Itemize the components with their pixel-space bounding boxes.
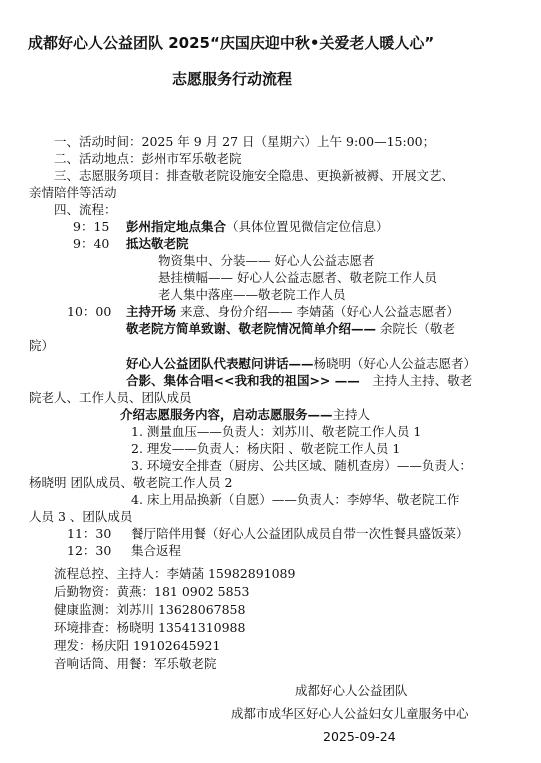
schedule-item-bold: 抵达敬老院 [126, 236, 189, 252]
later-time: 12：30 [67, 543, 111, 559]
task-item: 物资集中、分装—— 好心人公益志愿者 [158, 253, 374, 269]
speech-text: 杨晓明（好心人公益志愿者） [314, 356, 477, 371]
speech-bold: 好心人公益团队代表慰问讲话—— [126, 356, 314, 371]
thanks-text: 余院长（敬老 [376, 321, 455, 336]
intro-bold: 介绍志愿服务内容，启动志愿服务—— [120, 407, 333, 422]
opening-bold: 主持开场 [126, 304, 176, 319]
service-item: 2. 理发——负责人：杨庆阳 、敬老院工作人员 1 [131, 441, 400, 457]
opening-photo: 合影、集体合唱<<我和我的祖国>> —— 主持人主持、敬老 [126, 373, 472, 389]
opening-time: 10：00 [67, 304, 111, 320]
section-time: 一、活动时间：2025 年 9 月 27 日（星期六）上午 9:00—15:00… [54, 134, 435, 150]
signature-org-full: 成都市成华区好心人公益妇女儿童服务中心 [231, 706, 469, 722]
section-items-wrap: 亲情陪伴等活动 [29, 185, 117, 201]
contact-line: 流程总控、主持人：李婧菡 15982891089 [54, 566, 295, 582]
service-item-wrap: 人员 3 、团队成员 [29, 509, 132, 525]
document-title: 成都好心人公益团队 2025“庆国庆迎中秋•关爱老人暖人心” [28, 35, 434, 51]
later-item: 餐厅陪伴用餐（好心人公益团队成员自带一次性餐具盛饭菜） [131, 526, 469, 542]
section-place: 二、活动地点：彭州市军乐敬老院 [54, 151, 242, 167]
later-item: 集合返程 [131, 543, 181, 559]
later-time: 11：30 [67, 526, 111, 542]
intro-text: 主持人 [333, 407, 371, 422]
document-subtitle: 志愿服务行动流程 [172, 71, 292, 87]
opening-host: 主持开场 来意、身份介绍—— 李婧菡（好心人公益志愿者） [126, 304, 459, 320]
signature-date: 2025-09-24 [323, 729, 396, 745]
thanks-bold: 敬老院方简单致谢、敬老院情况简单介绍—— [126, 321, 376, 336]
photo-bold: 合影、集体合唱<<我和我的祖国>> —— [126, 373, 360, 388]
schedule-item-text: （具体位置见微信定位信息） [226, 219, 389, 234]
photo-text: 主持人主持、敬老 [360, 373, 473, 388]
opening-thanks: 敬老院方简单致谢、敬老院情况简单介绍—— 余院长（敬老 [126, 321, 455, 337]
section-items: 三、志愿服务项目：排查敬老院设施安全隐患、更换新被褥、开展文艺、 [54, 168, 454, 184]
task-item: 老人集中落座——敬老院工作人员 [158, 287, 346, 303]
schedule-time: 9：15 [73, 219, 109, 235]
service-item: 4. 床上用品换新（自愿）——负责人：李婷华、敬老院工作 [131, 492, 459, 508]
opening-speech: 好心人公益团队代表慰问讲话——杨晓明（好心人公益志愿者） [126, 356, 476, 372]
schedule-time: 9：40 [73, 236, 109, 252]
photo-wrap: 院老人、工作人员、团队成员 [29, 390, 192, 406]
contact-line: 后勤物资：黄燕：181 0902 5853 [54, 584, 249, 600]
section-flow: 四、流程： [54, 202, 117, 218]
service-item: 1. 测量血压——负责人：刘苏川、敬老院工作人员 1 [131, 424, 421, 440]
signature-org: 成都好心人公益团队 [295, 683, 408, 699]
schedule-item-bold: 彭州指定地点集合 [126, 219, 226, 234]
opening-text: 来意、身份介绍—— 李婧菡（好心人公益志愿者） [176, 304, 459, 319]
contact-line: 环境排查：杨晓明 13541310988 [54, 620, 245, 636]
contact-line: 理发：杨庆阳 19102645921 [54, 638, 220, 654]
task-item: 悬挂横幅—— 好心人公益志愿者、敬老院工作人员 [158, 270, 437, 286]
thanks-wrap: 院） [29, 338, 54, 354]
contact-line: 音响话筒、用餐：军乐敬老院 [54, 656, 217, 672]
service-item-wrap: 杨晓明 团队成员、敬老院工作人员 2 [29, 475, 232, 491]
opening-intro: 介绍志愿服务内容，启动志愿服务——主持人 [120, 407, 370, 423]
service-item: 3. 环境安全排查（厨房、公共区域、随机查房）——负责人： [131, 458, 472, 474]
schedule-item: 彭州指定地点集合（具体位置见微信定位信息） [126, 219, 389, 235]
contact-line: 健康监测：刘苏川 13628067858 [54, 602, 245, 618]
